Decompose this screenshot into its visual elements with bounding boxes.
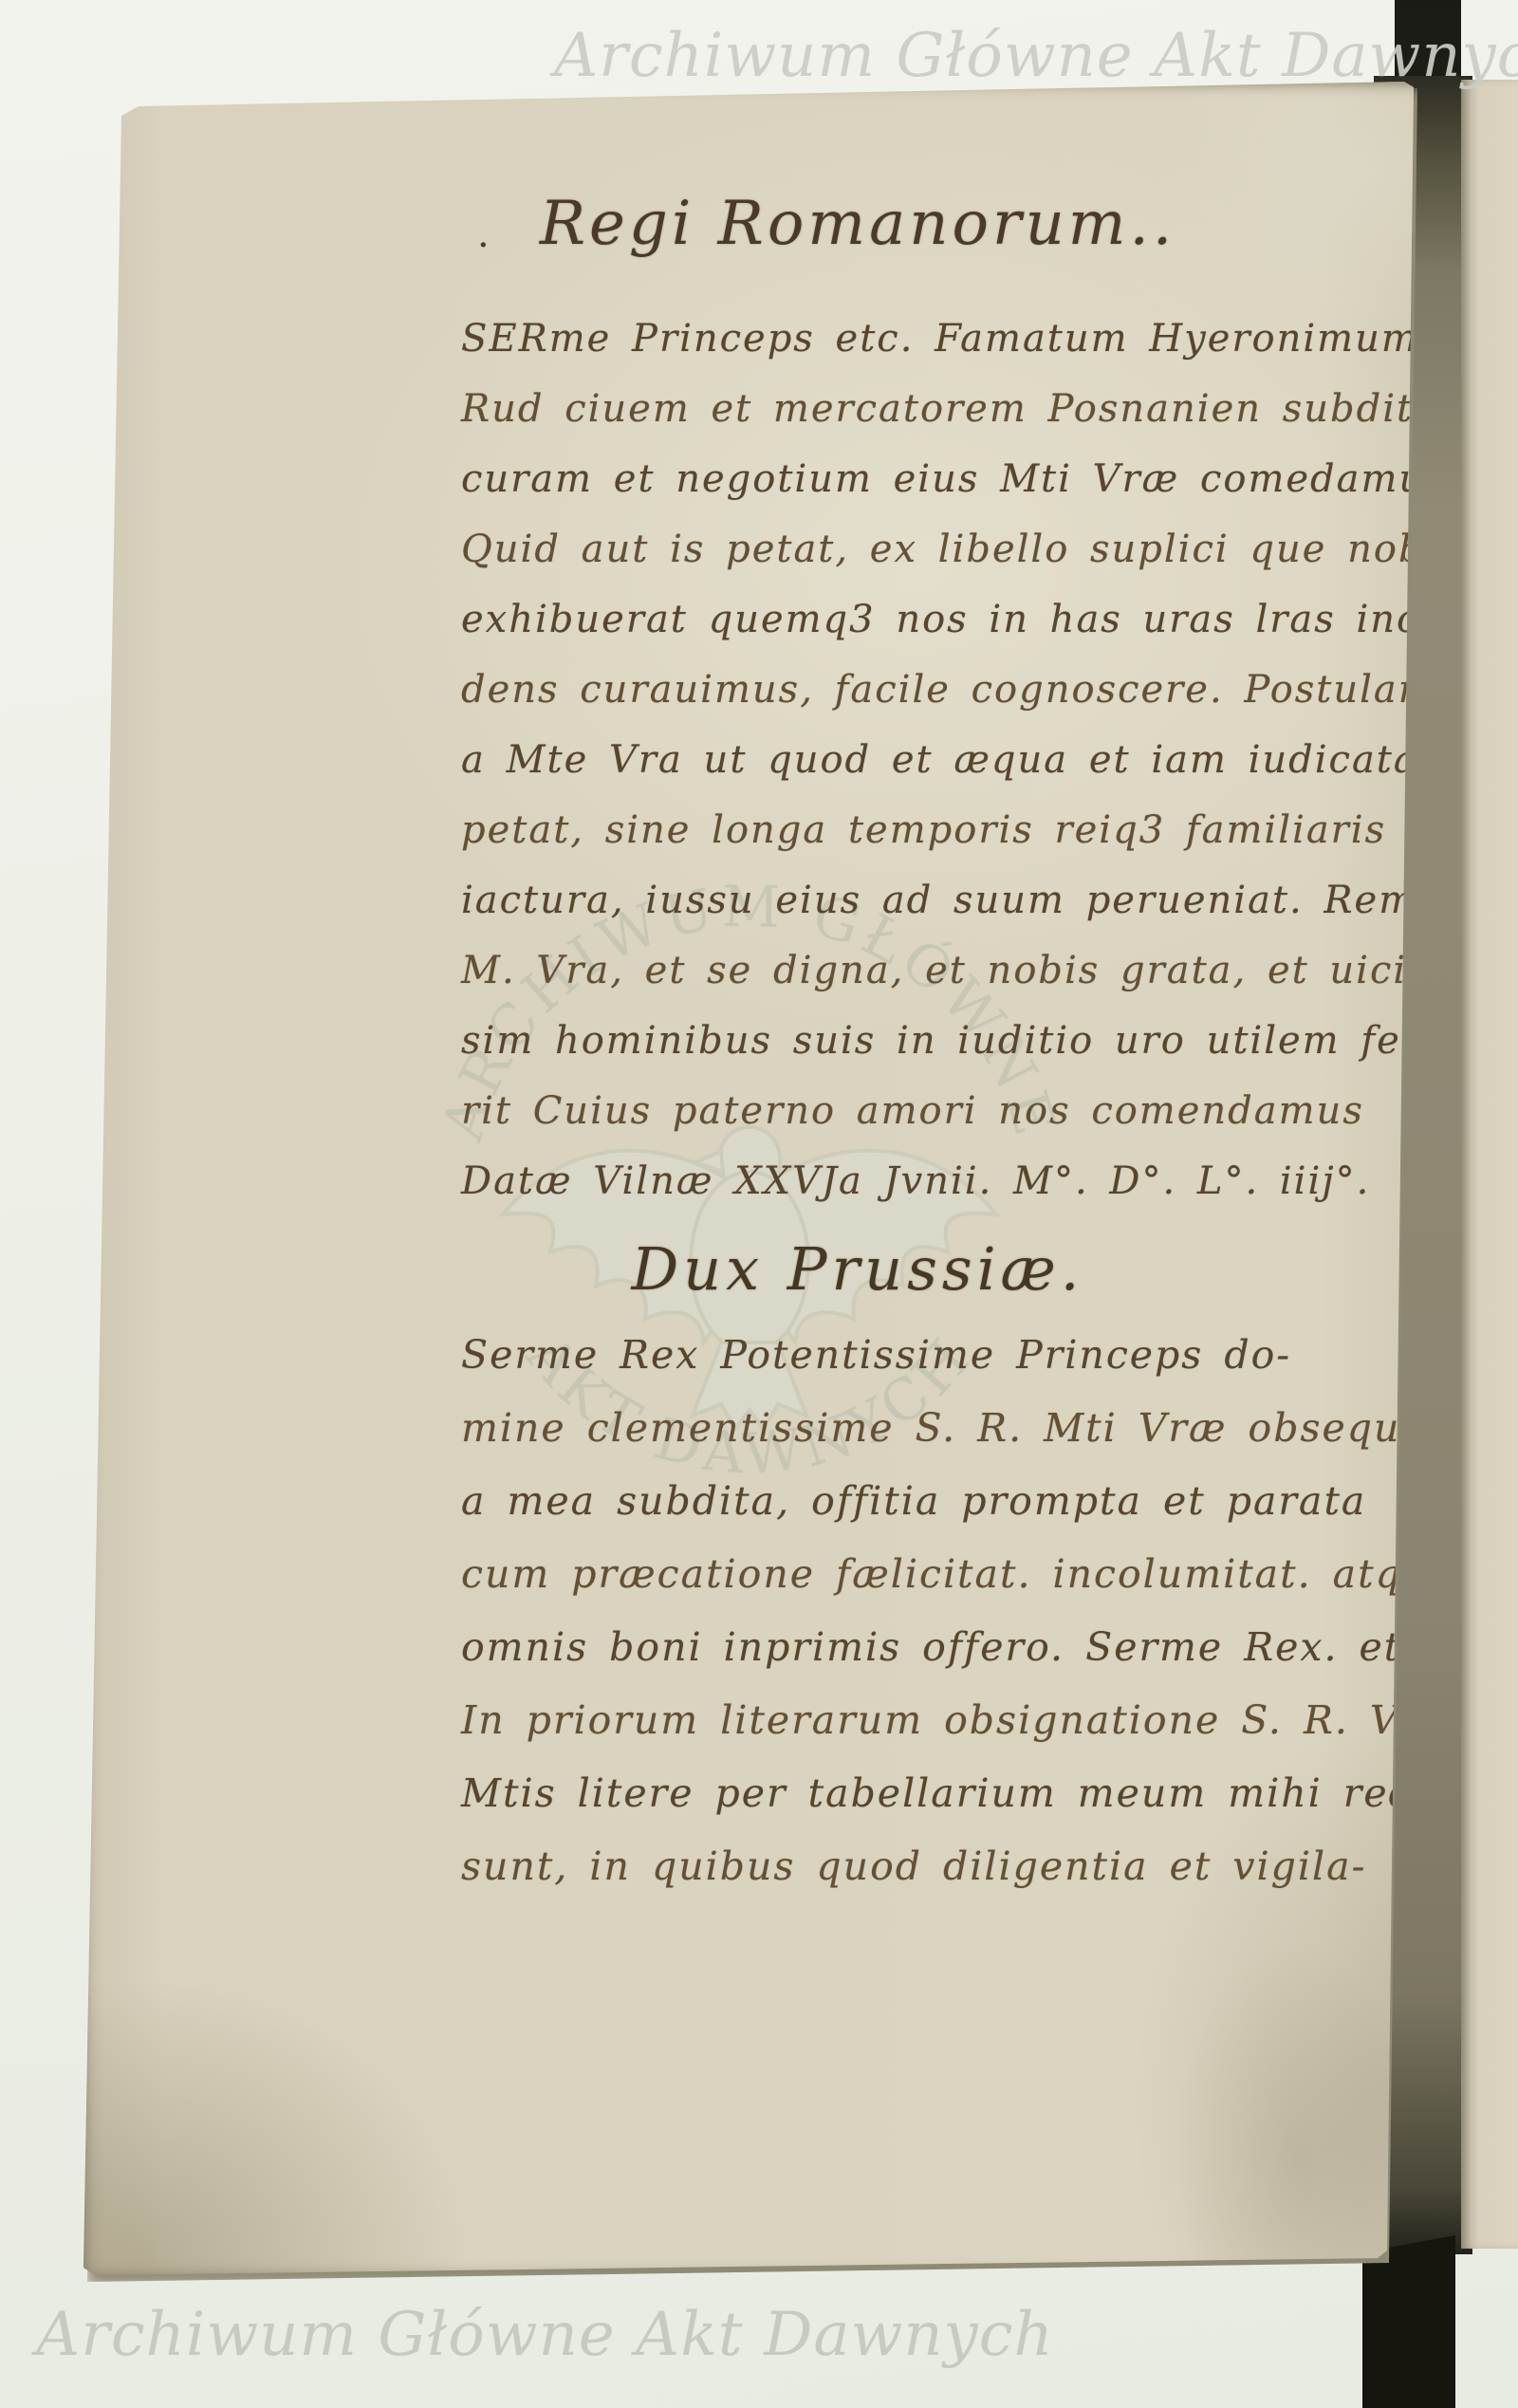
manuscript-line: curam et negotium eius Mti Vræ comedamus… bbox=[461, 444, 1321, 514]
manuscript-line: cum præcatione fælicitat. incolumitat. a… bbox=[461, 1538, 1321, 1611]
manuscript-line: Quid aut is petat, ex libello suplici qu… bbox=[461, 514, 1321, 584]
bottom-watermark: Archiwum Główne Akt Dawnych bbox=[36, 2300, 1054, 2370]
manuscript-line: dens curauimus, facile cognoscere. Postu… bbox=[461, 655, 1321, 725]
manuscript-line: SERme Princeps etc. Famatum Hyeronimum bbox=[461, 304, 1321, 374]
heading-regi-romanorum: Regi Romanorum.. bbox=[461, 188, 1254, 261]
manuscript-line: petat, sine longa temporis reiq3 familia… bbox=[461, 795, 1321, 865]
archive-scan: { "archive_watermark": { "top": "Archiwu… bbox=[0, 0, 1518, 2408]
letter-duke-of-prussia: Serme Rex Potentissime Princeps do- mine… bbox=[461, 1319, 1321, 1903]
manuscript-line: iactura, iussu eius ad suum perueniat. R… bbox=[461, 865, 1321, 935]
manuscript-line: In priorum literarum obsignatione S. R. … bbox=[461, 1684, 1321, 1757]
letter-to-king-of-romans: SERme Princeps etc. Famatum Hyeronimum R… bbox=[461, 304, 1321, 1216]
manuscript-line: mine clementissime S. R. Mti Vræ obsequi… bbox=[461, 1392, 1321, 1465]
manuscript-line: a Mte Vra ut quod et æqua et iam iudicat… bbox=[461, 725, 1321, 795]
manuscript-line: M. Vra, et se digna, et nobis grata, et … bbox=[461, 935, 1321, 1006]
manuscript-line: exhibuerat quemq3 nos in has uras lras i… bbox=[461, 584, 1321, 655]
manuscript-line: Datæ Vilnæ XXVJa Jvnii. M°. D°. L°. iiij… bbox=[461, 1146, 1321, 1216]
manuscript-text: Regi Romanorum.. SERme Princeps etc. Fam… bbox=[461, 188, 1321, 1903]
manuscript-page: ARCHIWUM GŁÓWNE AKT DAWNYCH · Regi Roman… bbox=[83, 82, 1425, 2279]
adjacent-page-edge bbox=[1461, 80, 1518, 2249]
manuscript-line: Rud ciuem et mercatorem Posnanien subdit… bbox=[461, 374, 1321, 444]
manuscript-line: sunt, in quibus quod diligentia et vigil… bbox=[461, 1830, 1321, 1903]
manuscript-line: a mea subdita, offitia prompta et parata bbox=[461, 1465, 1321, 1538]
manuscript-line: Mtis litere per tabellarium meum mihi re… bbox=[461, 1757, 1321, 1830]
manuscript-line: sim hominibus suis in iuditio uro utilem… bbox=[461, 1006, 1321, 1076]
manuscript-line: omnis boni inprimis offero. Serme Rex. e… bbox=[461, 1611, 1321, 1684]
heading-dux-prussiae: Dux Prussiæ. bbox=[461, 1230, 1254, 1309]
manuscript-line: Serme Rex Potentissime Princeps do- bbox=[461, 1319, 1321, 1392]
manuscript-line: rit Cuius paterno amori nos comendamus bbox=[461, 1076, 1321, 1146]
